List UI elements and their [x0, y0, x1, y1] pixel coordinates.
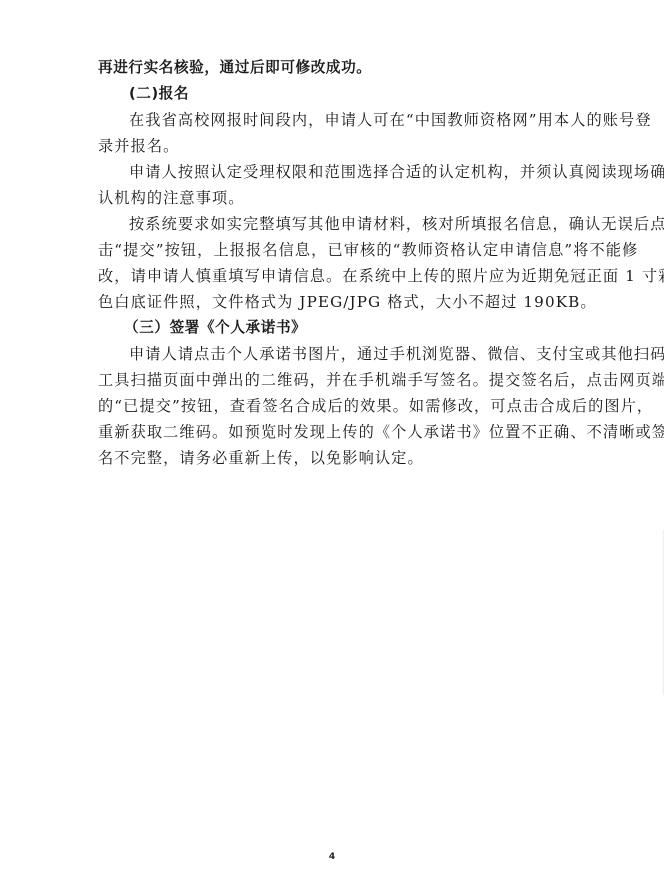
paragraph-line: 击“提交”按钮，上报报名信息，已审核的“教师资格认定申请信息”将不能修 [98, 237, 564, 263]
paragraph-line: 认机构的注意事项。 [98, 185, 564, 211]
paragraph-line: 改，请申请人慎重填写申请信息。在系统中上传的照片应为近期免冠正面 1 寸彩 [98, 263, 564, 289]
paragraph-line: 工具扫描页面中弹出的二维码，并在手机端手写签名。提交签名后，点击网页端 [98, 367, 564, 393]
page-number: 4 [0, 852, 664, 862]
section-heading-registration: (二)报名 [98, 81, 564, 107]
paragraph-line: 在我省高校网报时间段内，申请人可在“中国教师资格网”用本人的账号登 [98, 107, 564, 133]
paragraph-line: 重新获取二维码。如预览时发现上传的《个人承诺书》位置不正确、不清晰或签 [98, 419, 564, 445]
paragraph-line: 名不完整，请务必重新上传，以免影响认定。 [98, 445, 564, 471]
paragraph-line: 色白底证件照，文件格式为 JPEG/JPG 格式，大小不超过 190KB。 [98, 289, 564, 315]
document-page: 再进行实名核验，通过后即可修改成功。 (二)报名 在我省高校网报时间段内，申请人… [98, 55, 564, 471]
paragraph-line: 申请人请点击个人承诺书图片，通过手机浏览器、微信、支付宝或其他扫码 [98, 341, 564, 367]
section-heading-commitment: （三）签署《个人承诺书》 [98, 315, 564, 341]
paragraph-continuation-bold: 再进行实名核验，通过后即可修改成功。 [98, 55, 564, 81]
paragraph-line: 的“已提交”按钮，查看签名合成后的效果。如需修改，可点击合成后的图片， [98, 393, 564, 419]
paragraph-line: 按系统要求如实完整填写其他申请材料，核对所填报名信息，确认无误后点 [98, 211, 564, 237]
paragraph-line: 申请人按照认定受理权限和范围选择合适的认定机构，并须认真阅读现场确 [98, 159, 564, 185]
paragraph-line: 录并报名。 [98, 133, 564, 159]
